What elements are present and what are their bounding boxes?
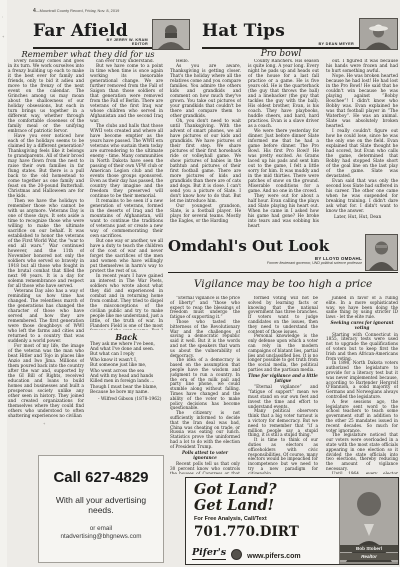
masthead-line: —Mountrail County Record, Friday, Nov. 8… — [36, 8, 120, 13]
hat-tips-column-1: Hello.As you are aware, Thanksgiving is … — [170, 59, 241, 232]
paragraph: Starting with Connecticut in 1855, liter… — [326, 333, 398, 362]
pifers-land-ad: Got Land? Get Land! For Free Analysis, C… — [185, 477, 399, 565]
cowboy-portrait-icon — [360, 19, 397, 49]
paragraph: For most of my life, the image of the ve… — [8, 344, 84, 419]
byline-role: EDITOR — [107, 42, 148, 46]
newspaper-page: : + + 4—Mountrail County Record, Friday,… — [0, 0, 400, 567]
paragraph: Veterans Day also has a way of reminding… — [8, 289, 84, 344]
paragraph: Nope. He was broken hearted because he h… — [326, 74, 398, 129]
man-portrait-icon — [153, 20, 189, 49]
far-afield-header: Far Afield BY JERRY W. KRAM EDITOR — [33, 18, 190, 49]
land-ad-footer: Pifer's www.pifers.com — [192, 547, 335, 560]
land-ad-phone: 701.770.DIRT — [194, 524, 339, 540]
hat-tips-column-2: County Ranchers. His season is quite lon… — [248, 59, 319, 232]
paragraph: The clubs and halls that those WWII vets… — [90, 124, 163, 199]
paragraph: But one way or another, we all have a du… — [90, 239, 163, 274]
ad-phone-number: Call 627-4829 — [39, 469, 163, 486]
omdahl-column-2: formed voting will not be solved by lear… — [248, 296, 318, 474]
ad-email-label: or email — [39, 525, 163, 532]
land-ad-copy: Got Land? Get Land! For Free Analysis, C… — [186, 478, 339, 564]
realtor-photo: Bob Stoberl Realtor — [339, 478, 398, 564]
far-afield-column-2: can ever truly understand.But we have co… — [90, 59, 163, 330]
jerry-kram-photo — [152, 19, 190, 50]
dean-meyer-photo — [359, 18, 398, 50]
advertising-house-ad: Call 627-4829 With all your advertising … — [38, 455, 164, 563]
poem-back: BackThey ask me where I've been,And what… — [90, 333, 163, 445]
page-folio: 4—Mountrail County Record, Friday, Nov. … — [33, 8, 119, 14]
paragraph: Until 1964, every elector would get a “p… — [326, 472, 398, 474]
paragraph: Recent polls tell us that only 30 percen… — [170, 462, 240, 474]
land-ad-website: www.pifers.com — [247, 553, 300, 560]
paragraph: But we have come to a point in time when… — [90, 64, 163, 124]
omdahl-byline: BY LLOYD OMDAHL Former lieutenant govern… — [267, 256, 362, 265]
column-subhead: Time for vigilance and a little fatigue — [248, 374, 318, 384]
omdahl-deck: Vigilance may be too high a price — [168, 278, 398, 290]
paragraph: It is time to think of our duties as ele… — [248, 438, 318, 474]
omdahl-title: Omdahl's Out Look — [168, 236, 398, 256]
poem-line: Killed men in foreign lands ... — [90, 379, 163, 384]
signature-line: Later, Hut, Hut, Dean — [326, 215, 398, 220]
pifers-seal-icon — [231, 549, 242, 560]
column-subhead: Seeking cures for ignorant voting — [326, 321, 398, 331]
paragraph: In recent years I have gained an interes… — [90, 274, 163, 330]
paragraph: The idea of a democracy is based on the … — [170, 358, 240, 411]
realtor-role: Realtor — [340, 553, 398, 560]
paragraph: “Eternal vigilance” and “fatigue of supp… — [248, 385, 318, 409]
paragraph: Then we have the holidays to remember th… — [8, 199, 84, 289]
paragraph: The citizenry is not sufficiently inform… — [170, 411, 240, 449]
paragraph: Our youngest grandson, Slate, is a footb… — [170, 204, 241, 224]
paragraph: They were out for about a half hour. Eva… — [248, 194, 319, 229]
realtor-name: Bob Stoberl — [340, 545, 398, 552]
column-subhead: Polls attest to voter ignorance — [170, 451, 240, 461]
hat-tips-header: Hat Tips BY DEAN MEYER — [202, 18, 398, 49]
paragraph: formed voting will not be solved by lear… — [248, 296, 318, 334]
ad-tagline: With all your advertising needs. — [39, 495, 163, 515]
ad-email-address: ntadvertising@bhgnews.com — [39, 533, 163, 540]
hat-tips-column-3: out. I figured it was because his hands … — [326, 59, 398, 232]
omdahl-header: Omdahl's Out Look BY LLOYD OMDAHL Former… — [168, 236, 398, 273]
paragraph: It remains to be seen if a new generatio… — [90, 199, 163, 239]
paragraph: Those who tasted the bitterness of the R… — [170, 320, 240, 358]
paragraph: junked in favor of a ruling elite. In a … — [326, 296, 398, 320]
hat-tips-byline: BY DEAN MEYER — [319, 42, 354, 46]
registration-mark: + — [2, 34, 4, 39]
man-portrait-icon — [366, 235, 397, 270]
lloyd-omdahl-photo — [365, 234, 398, 271]
far-afield-column-1: Every holiday comes and goes in its turn… — [8, 59, 84, 449]
pifers-logo: Pifer's — [192, 547, 226, 560]
paragraph: As you are aware, Thanksgiving is gettin… — [170, 64, 241, 119]
byline-author: BY DEAN MEYER — [319, 42, 354, 46]
paragraph: A few sessions ago, the legislature sent… — [326, 400, 398, 434]
paragraph: Have you ever noticed how each of the ho… — [8, 134, 84, 199]
registration-mark: : — [2, 14, 3, 19]
omdahl-rule — [168, 272, 398, 273]
paragraph: I really couldn't figure out how he coul… — [326, 129, 398, 179]
paragraph: Personal knowledge is the only defense u… — [248, 334, 318, 372]
signature-line: - Wilfred Gibson (1878-1962) — [90, 397, 163, 402]
land-ad-headline-1: Got Land? — [194, 482, 339, 498]
paragraph: The legislature noticed that our voters … — [326, 433, 398, 471]
paragraph: County Ranchers. His season is quite lon… — [248, 59, 319, 129]
paragraph: out. I figured it was because his hands … — [326, 59, 398, 74]
paragraph: Oh, you don't need to wait until Thanksg… — [170, 119, 241, 204]
hat-tips-deck: Pro bowl — [170, 49, 392, 59]
paragraph: Many political observers think that a bi… — [248, 409, 318, 438]
byline-tagline: Former lieutenant governor, UND politica… — [267, 261, 362, 265]
far-afield-byline: BY JERRY W. KRAM EDITOR — [107, 38, 148, 46]
poem-line: Because he bore my name. — [90, 390, 163, 395]
omdahl-column-1: “Eternal vigilance is the price of liber… — [170, 296, 240, 474]
land-ad-subline: For Free Analysis, Call/Text — [194, 516, 339, 522]
paragraph: Every holiday comes and goes in its turn… — [8, 59, 84, 134]
paragraph: In 1898, North Dakota voters authorized … — [326, 361, 398, 399]
land-ad-headline-2: Get Land! — [194, 498, 339, 514]
omdahl-column-3: junked in favor of a ruling elite. In a … — [326, 296, 398, 474]
paragraph: Evan said that was only the second loss … — [326, 179, 398, 214]
poem-title: Back — [90, 335, 163, 340]
far-afield-deck: Remember what they did for us — [8, 49, 168, 59]
paragraph: We were there yesterday for dinner. Just… — [248, 129, 319, 194]
paragraph: “Eternal vigilance is the price of liber… — [170, 296, 240, 320]
